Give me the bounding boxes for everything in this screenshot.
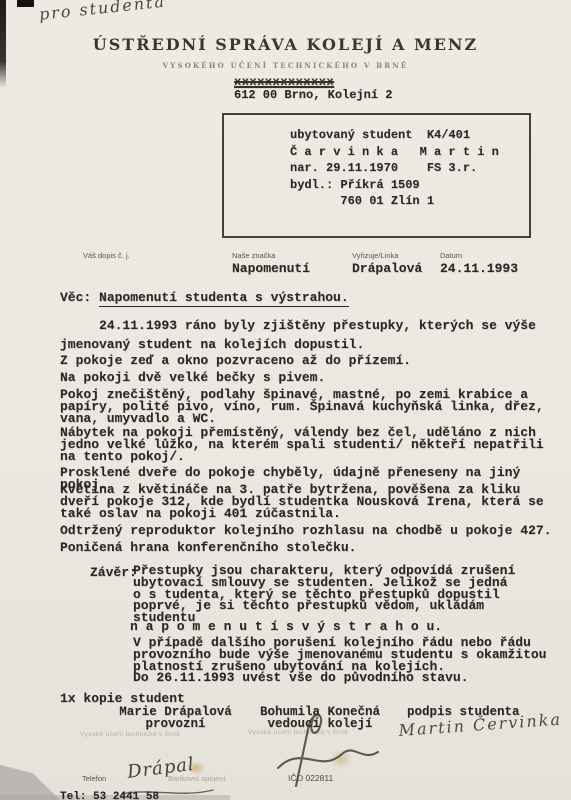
ref-label-handler: Vyřizuje/Linka	[352, 251, 398, 260]
ref-label-date: Datum	[440, 251, 462, 260]
conclusion-label: Závěr:	[90, 565, 137, 580]
letterhead-subtitle: VYSOKÉHO UČENÍ TECHNICKÉHO V BRNĚ	[0, 61, 571, 70]
scanned-letter-page: pro studenta ÚSTŘEDNÍ SPRÁVA KOLEJÍ A ME…	[0, 0, 571, 800]
footer-bank-label: Bankovní spojení	[168, 774, 226, 783]
letterhead-address: 612 00 Brno, Kolejní 2	[234, 88, 392, 102]
emphasis-line: n a p o m e n u t í s v ý s t r a h o u.	[130, 619, 442, 634]
letterhead-title: ÚSTŘEDNÍ SPRÁVA KOLEJÍ A MENZ	[0, 35, 571, 54]
body-paragraph: Nábytek na pokoji přemístěný, válendy be…	[60, 427, 565, 462]
body-paragraph: Poničená hrana konferenčního stolečku.	[60, 542, 565, 554]
footer-partial-phone: Tel: 53 2441 58	[60, 791, 159, 800]
struck-out-text: xxxxxxxxxxxxx	[234, 75, 334, 89]
footer-ico: IČO 022811	[288, 773, 333, 783]
body-paragraph: 24.11.1993 ráno byly zjištěny přestupky,…	[60, 317, 565, 354]
subject-text: Napomenutí studenta s výstrahou.	[99, 290, 349, 307]
conclusion-text: Přestupky jsou charakteru, který odpovíd…	[133, 565, 533, 624]
stamp-text-left: Vysoké učení technické v Brně	[80, 731, 245, 738]
body-paragraph: Pokoj znečištěný, podlahy špinavé, mastn…	[60, 389, 565, 424]
ref-value-date: 24.11.1993	[440, 261, 518, 276]
scan-artifact-bottom-left-shadow	[0, 757, 60, 800]
body-paragraph: Na pokoji dvě velké bečky s pivem.	[60, 372, 565, 384]
recipient-line: nar. 29.11.1970 FS 3.r.	[290, 160, 499, 177]
subject-line: Věc: Napomenutí studenta s výstrahou.	[60, 290, 349, 305]
subject-label: Věc:	[60, 290, 99, 305]
recipient-address: ubytovaný student K4/401 Č a r v i n k a…	[290, 127, 499, 210]
recipient-box: ubytovaný student K4/401 Č a r v i n k a…	[222, 113, 531, 238]
signatory-role-left: provozní	[118, 717, 233, 731]
recipient-line: bydl.: Příkrá 1509	[290, 177, 499, 194]
handwritten-note: pro studenta	[38, 0, 167, 24]
ref-value-handler: Drápalová	[352, 261, 422, 276]
recipient-line: ubytovaný student K4/401	[290, 127, 499, 144]
body-paragraph: Odtržený reproduktor kolejního rozhlasu …	[60, 525, 565, 537]
body-paragraph: Květina z květináče na 3. patře bytržena…	[60, 484, 565, 519]
ref-label-our-ref: Naše značka	[232, 251, 275, 260]
scan-artifact-corner-square	[17, 0, 34, 7]
recipient-line: 760 01 Zlín 1	[290, 193, 499, 210]
ref-label-your-ref: Váš dopis č. j.	[83, 251, 130, 260]
ref-value-our-ref: Napomenutí	[232, 261, 310, 276]
recipient-name: Č a r v i n k a M a r t i n	[290, 144, 499, 161]
footer-phone-label: Telefon	[82, 774, 106, 783]
warning-text: V případě dalšího porušení kolejního řád…	[133, 637, 558, 684]
copy-note: 1x kopie student	[60, 691, 185, 706]
body-paragraph: Z pokoje zeď a okno pozvraceno až do pří…	[60, 355, 565, 367]
